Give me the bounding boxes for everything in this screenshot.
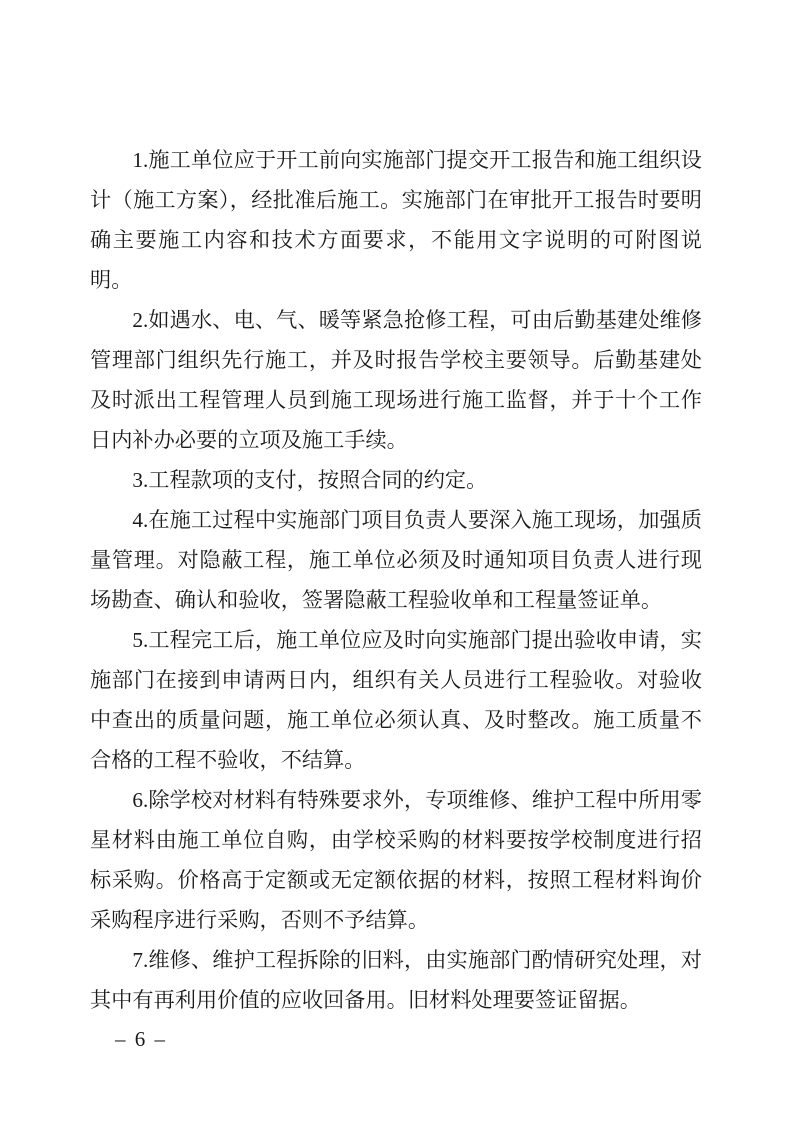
document-page: 1.施工单位应于开工前向实施部门提交开工报告和施工组织设计（施工方案），经批准后… [0,0,793,1122]
body-paragraph: 3.工程款项的支付，按照合同的约定。 [90,460,702,500]
page-number: – 6 – [115,1026,167,1052]
body-paragraph: 4.在施工过程中实施部门项目负责人要深入施工现场，加强质量管理。对隐蔽工程，施工… [90,500,702,620]
body-paragraph: 7.维修、维护工程拆除的旧料，由实施部门酌情研究处理，对其中有再利用价值的应收回… [90,940,702,1020]
body-paragraph: 2.如遇水、电、气、暖等紧急抢修工程，可由后勤基建处维修管理部门组织先行施工，并… [90,300,702,460]
body-paragraph: 1.施工单位应于开工前向实施部门提交开工报告和施工组织设计（施工方案），经批准后… [90,140,702,300]
body-paragraph: 6.除学校对材料有特殊要求外，专项维修、维护工程中所用零星材料由施工单位自购，由… [90,780,702,940]
document-body: 1.施工单位应于开工前向实施部门提交开工报告和施工组织设计（施工方案），经批准后… [90,140,702,1020]
body-paragraph: 5.工程完工后，施工单位应及时向实施部门提出验收申请，实施部门在接到申请两日内，… [90,620,702,780]
